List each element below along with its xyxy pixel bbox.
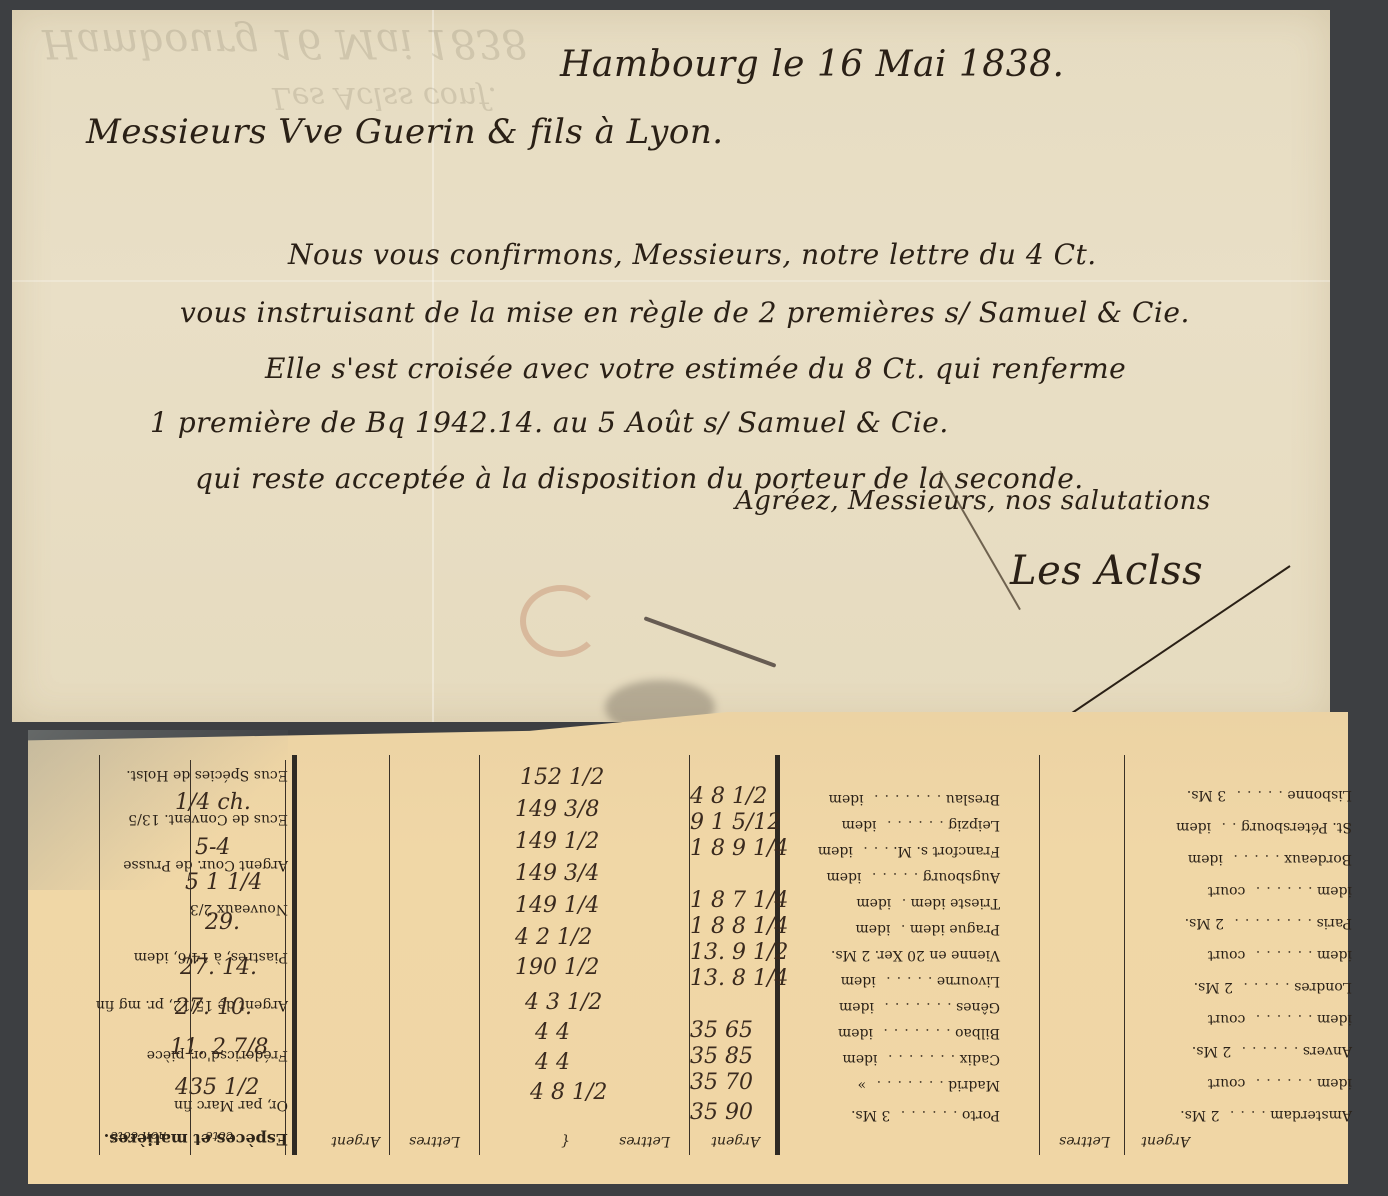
table-row: Francfort s. M. ... idem xyxy=(818,841,1000,861)
table-row: Madrid ....... » xyxy=(858,1075,1000,1095)
handwritten-rate: 149 1/4 xyxy=(515,893,599,918)
column-header-argent: Argent xyxy=(1141,1133,1190,1149)
column-header-argent: Argent xyxy=(331,1133,380,1149)
handwritten-rate: 4 8 1/2 xyxy=(690,784,767,809)
handwritten-rate: 149 3/8 xyxy=(515,797,599,822)
column-divider xyxy=(292,755,297,1155)
column-header-lettres: Lettres xyxy=(409,1133,460,1149)
bleed-through-text: Hambourg 16 Mai 1838 xyxy=(42,20,527,66)
column-header-cote: coté xyxy=(205,1128,233,1143)
body-line: Nous vous confirmons, Messieurs, notre l… xyxy=(288,238,1097,271)
column-divider xyxy=(479,755,480,1155)
handwritten-rate: 4 8 1/2 xyxy=(530,1080,607,1105)
table-row: Amsterdam .... 2 Ms. xyxy=(1180,1105,1352,1125)
column-divider xyxy=(190,760,191,1155)
table-row: Prague idem . idem xyxy=(855,919,1000,939)
handwritten-rate: 35 85 xyxy=(690,1044,753,1069)
table-row: Vienne en 20 Xer. 2 Ms. xyxy=(831,945,1000,965)
table-row: idem ...... court xyxy=(1208,1073,1352,1093)
handwritten-argent-column: 35 90 35 70 35 85 35 65 13. 8 1/4 13. 9 … xyxy=(690,775,770,1125)
handwritten-rate: 4 3 1/2 xyxy=(525,990,602,1015)
column-divider xyxy=(1124,755,1125,1155)
handwritten-cote: 27. 10. xyxy=(175,995,252,1020)
handwritten-rate: 35 65 xyxy=(690,1018,753,1043)
table-row: Anvers ...... 2 Ms. xyxy=(1192,1041,1352,1061)
table-row: Paris ........ 2 Ms. xyxy=(1185,913,1352,933)
table-row: Lisbonne ..... 3 Ms. xyxy=(1187,785,1352,805)
handwritten-rate: 1 8 9 1/4 xyxy=(690,836,788,861)
column-header-non-cote: non coté xyxy=(110,1128,167,1143)
body-line: 1 première de Bq 1942.14. au 5 Août s/ S… xyxy=(150,406,949,439)
column-divider xyxy=(285,760,286,1155)
table-row: idem ...... court xyxy=(1208,881,1352,901)
handwritten-rate: 35 70 xyxy=(690,1070,753,1095)
handwritten-rate: 13. 8 1/4 xyxy=(690,966,788,991)
table-row: Bilbao ....... idem xyxy=(838,1023,1000,1043)
table-row: Livourne ..... idem xyxy=(841,971,1000,991)
place-date: Hambourg le 16 Mai 1838. xyxy=(560,44,1064,85)
handwritten-cote: 5-4 xyxy=(195,835,230,860)
column-divider xyxy=(1039,755,1040,1155)
signature: Les Aclss xyxy=(1010,548,1203,594)
table-row: idem ...... court xyxy=(1208,945,1352,965)
handwritten-rate: 152 1/2 xyxy=(520,765,604,790)
column-divider xyxy=(99,755,100,1155)
table-row: Breslau ....... idem xyxy=(829,789,1000,809)
handwritten-rate: 4 2 1/2 xyxy=(515,925,592,950)
red-seal-stain xyxy=(520,585,602,657)
handwritten-cote: 11. 2 7/8 xyxy=(170,1035,268,1060)
brace-mark: { xyxy=(561,1133,570,1149)
exchange-rate-table: Lettres Argent Amsterdam .... 2 Ms. idem… xyxy=(100,755,1360,1155)
handwritten-rate: 149 1/2 xyxy=(515,829,599,854)
handwritten-rate: 4 4 xyxy=(535,1050,570,1075)
table-row: Gênes ....... idem xyxy=(839,997,1000,1017)
table-row: St. Pétersbourg .. idem xyxy=(1176,817,1352,837)
table-block-middle: Argent Lettres Porto ...... 3 Ms. Madrid… xyxy=(590,755,1010,1155)
table-row: Leipzig ...... idem xyxy=(842,815,1000,835)
bleed-through-text: Les Aclss conf. xyxy=(272,80,497,115)
table-block-right: Lettres Argent Amsterdam .... 2 Ms. idem… xyxy=(1020,755,1360,1155)
column-divider xyxy=(389,755,390,1155)
handwritten-cote: 435 1/2 xyxy=(175,1075,259,1100)
handwritten-cote: 5 1 1/4 xyxy=(185,870,262,895)
body-line: vous instruisant de la mise en règle de … xyxy=(180,296,1190,329)
handwritten-rate: 35 90 xyxy=(690,1100,753,1125)
handwritten-cote: 29. xyxy=(205,910,240,935)
table-block-especes: Lettres { Argent Espèces et matières. Or… xyxy=(100,755,580,1155)
table-row: Trieste idem . idem xyxy=(856,893,1000,913)
table-row: Porto ...... 3 Ms. xyxy=(851,1105,1000,1125)
table-row: Bordeaux ..... idem xyxy=(1188,849,1352,869)
handwritten-rate: 9 1 5/12 xyxy=(690,810,781,835)
column-header-argent: Argent xyxy=(711,1133,760,1149)
table-row: Augsbourg ..... idem xyxy=(826,867,1000,887)
handwritten-rate: 149 3/4 xyxy=(515,861,599,886)
handwritten-rate: 1 8 7 1/4 xyxy=(690,888,788,913)
table-row: Ecus Spécies de Holst. xyxy=(126,765,288,785)
column-header-lettres: Lettres xyxy=(619,1133,670,1149)
column-header-lettres: Lettres xyxy=(1059,1133,1110,1149)
table-row: idem ...... court xyxy=(1208,1009,1352,1029)
handwritten-rate: 190 1/2 xyxy=(515,955,599,980)
closing: Agréez, Messieurs, nos salutations xyxy=(735,486,1211,516)
table-row: Londres ..... 2 Ms. xyxy=(1194,977,1352,997)
handwritten-rate: 4 4 xyxy=(535,1020,570,1045)
addressee: Messieurs Vve Guerin & fils à Lyon. xyxy=(86,112,724,152)
handwritten-cote: 1/4 ch. xyxy=(175,790,251,815)
handwritten-rate: 1 8 8 1/4 xyxy=(690,914,788,939)
body-line: Elle s'est croisée avec votre estimée du… xyxy=(265,352,1126,385)
table-row: Cadix ....... idem xyxy=(843,1049,1000,1069)
handwritten-rate: 13. 9 1/2 xyxy=(690,940,788,965)
handwritten-cote: 27. 14. xyxy=(180,955,257,980)
